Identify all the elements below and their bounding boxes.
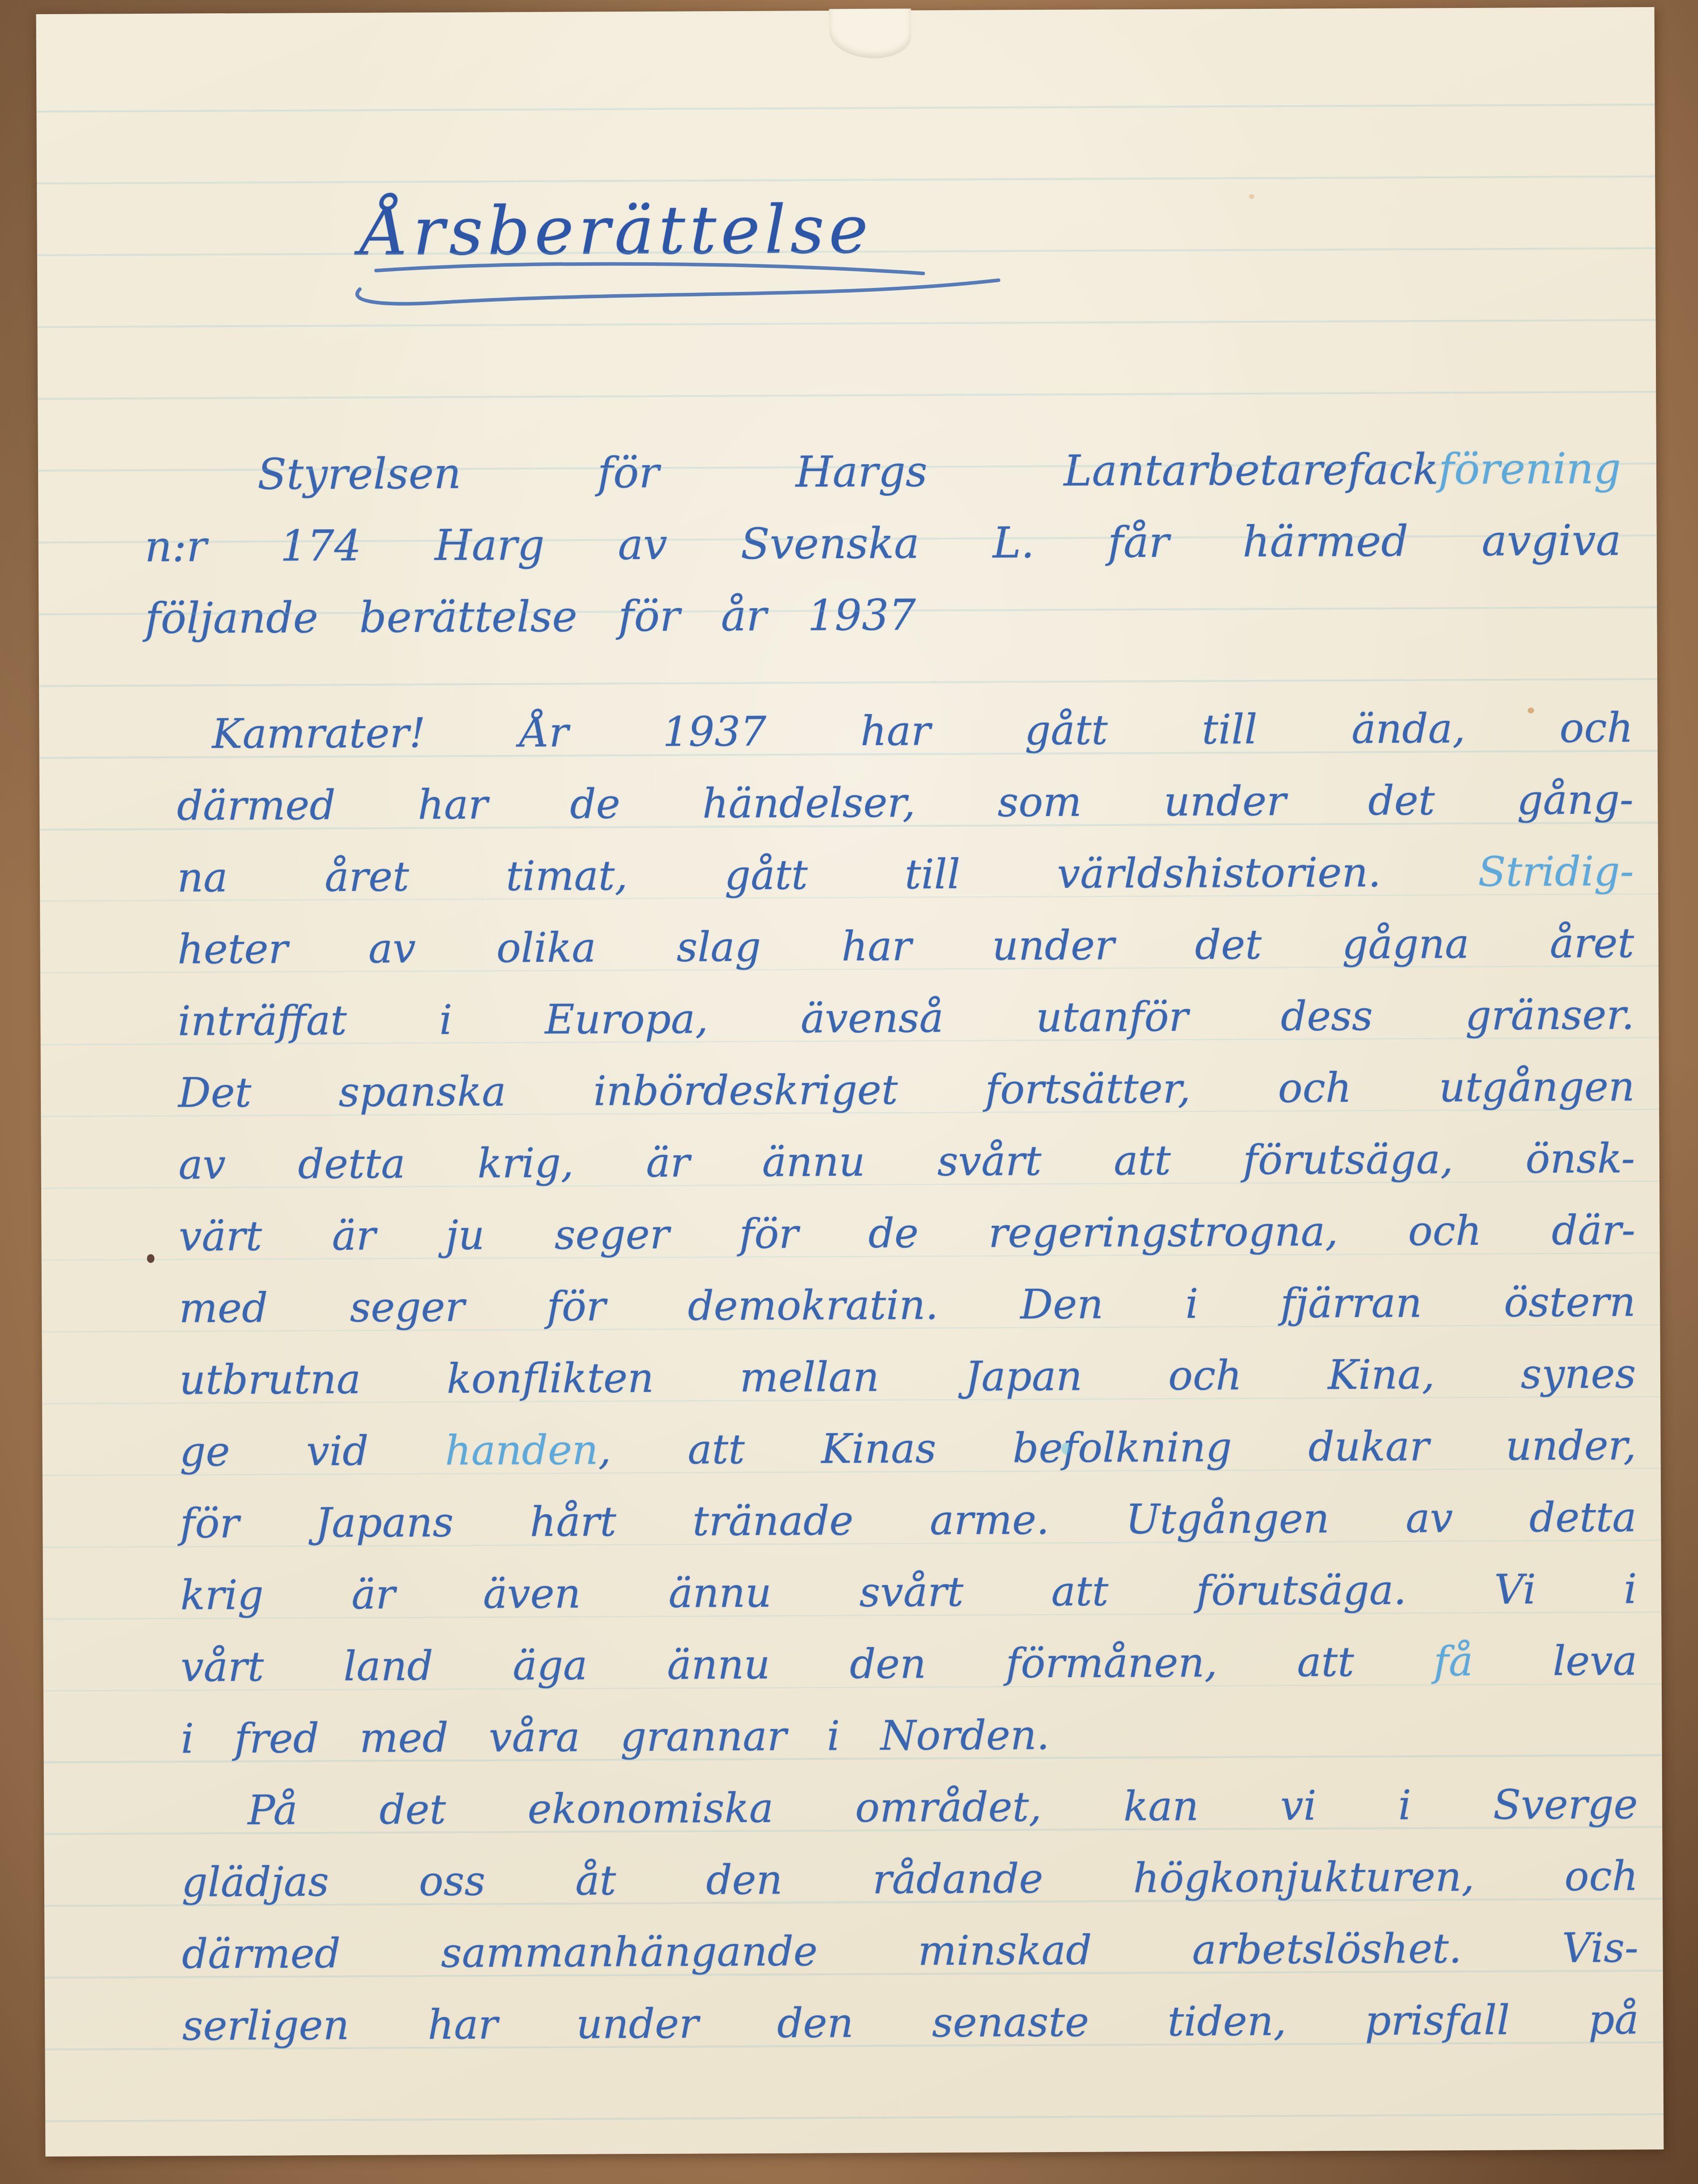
ink-segment: för Japans hårt tränade arme. Utgången a… [180, 1493, 1636, 1547]
handwritten-line: ge vid handen, att Kinas befolkning duka… [179, 1410, 1636, 1488]
ink-smudge [1061, 1443, 1070, 1454]
handwritten-line: Styrelsen för Hargs Lantarbetarefackföre… [144, 432, 1621, 511]
backing-board: Årsberättelse Styrelsen för Hargs Lantar… [0, 0, 1698, 2184]
intro-paragraph: Styrelsen för Hargs Lantarbetarefackföre… [144, 432, 1622, 654]
ink-segment: na året timat, gått till världshistorien… [177, 848, 1478, 902]
ink-segment: värt är ju seger för de regeringstrogna,… [179, 1206, 1635, 1260]
ink-segment: n:r 174 Harg av Svenska L. får härmed av… [144, 515, 1621, 571]
ink-blot [147, 1254, 155, 1263]
document-page: Årsberättelse Styrelsen för Hargs Lantar… [36, 7, 1663, 2157]
paper-tear [829, 8, 911, 58]
ink-segment: ge vid [179, 1427, 445, 1476]
handwritten-line: för Japans hårt tränade arme. Utgången a… [180, 1481, 1637, 1559]
ink-segment: serligen har under den senaste tiden, pr… [182, 1996, 1639, 2049]
ink-segment: följande berättelse för år 1937 [145, 590, 916, 643]
ink-segment: heter av olika slag har under det gågna … [177, 919, 1634, 973]
handwritten-line: värt är ju seger för de regeringstrogna,… [179, 1194, 1636, 1272]
handwritten-line: med seger för demokratin. Den i fjärran … [179, 1266, 1636, 1344]
ink-light-segment: Stridig- [1478, 847, 1634, 896]
handwritten-line: På det ekonomiska området, kan vi i Sver… [181, 1768, 1638, 1846]
stain [1527, 707, 1534, 713]
handwritten-line: na året timat, gått till världshistorien… [177, 836, 1634, 913]
ink-light-segment: förening [1438, 443, 1621, 494]
ink-segment: i fred med våra grannar i Norden. [181, 1711, 1049, 1763]
stain [1249, 194, 1254, 199]
ink-segment: inträffat i Europa, ävenså utanför dess … [178, 991, 1634, 1045]
handwritten-line: därmed sammanhängande minskad arbetslösh… [182, 1912, 1639, 1990]
handwritten-line: vårt land äga ännu den förmånen, att få … [180, 1625, 1637, 1703]
main-paragraph: Kamrater! År 1937 har gått till ända, oc… [176, 692, 1639, 2062]
handwritten-line: heter av olika slag har under det gågna … [177, 907, 1634, 985]
ink-segment: därmed sammanhängande minskad arbetslösh… [182, 1924, 1638, 1978]
ink-segment: krig är även ännu svårt att förutsäga. V… [180, 1565, 1637, 1619]
ink-light-segment: handen [445, 1426, 598, 1474]
ink-segment: På det ekonomiska området, kan vi i Sver… [248, 1780, 1638, 1834]
ink-segment: därmed har de händelser, som under det g… [177, 776, 1633, 829]
ink-segment: vårt land äga ännu den förmånen, att [181, 1638, 1434, 1690]
ink-segment: Kamrater! År 1937 har gått till ända, oc… [212, 704, 1633, 758]
ink-segment: med seger för demokratin. Den i fjärran … [179, 1278, 1636, 1332]
handwritten-line: av detta krig, är ännu svårt att förutsä… [178, 1123, 1635, 1201]
handwritten-line: i fred med våra grannar i Norden. [181, 1697, 1638, 1775]
handwritten-line: Kamrater! År 1937 har gått till ända, oc… [176, 692, 1633, 770]
handwritten-line: n:r 174 Harg av Svenska L. får härmed av… [144, 504, 1621, 583]
handwritten-line: inträffat i Europa, ävenså utanför dess … [178, 979, 1635, 1057]
document-title: Årsberättelse [360, 188, 873, 274]
handwritten-line: Det spanska inbördeskriget fortsätter, o… [178, 1051, 1635, 1129]
ink-segment: av detta krig, är ännu svårt att förutsä… [179, 1135, 1635, 1188]
ink-light-segment: få [1434, 1638, 1473, 1685]
handwritten-line: utbrutna konflikten mellan Japan och Kin… [179, 1338, 1636, 1416]
handwritten-line: krig är även ännu svårt att förutsäga. V… [180, 1553, 1637, 1631]
ink-segment: , att Kinas befolkning dukar under, [598, 1422, 1636, 1473]
handwritten-line: följande berättelse för år 1937 [145, 576, 1622, 654]
handwritten-line: serligen har under den senaste tiden, pr… [182, 1984, 1639, 2062]
archival-photo: { "document": { "title": "Årsberättelse"… [0, 0, 1698, 2184]
handwritten-line: glädjas oss åt den rådande högkonjukture… [182, 1840, 1639, 1918]
handwritten-line: därmed har de händelser, som under det g… [177, 764, 1634, 842]
ink-segment: leva [1473, 1637, 1637, 1685]
ink-segment: Styrelsen för Hargs Lantarbetarefack [257, 444, 1439, 499]
ink-segment: utbrutna konflikten mellan Japan och Kin… [179, 1350, 1636, 1403]
ink-segment: Det spanska inbördeskriget fortsätter, o… [178, 1063, 1635, 1116]
ink-segment: glädjas oss åt den rådande högkonjukture… [182, 1852, 1638, 1906]
